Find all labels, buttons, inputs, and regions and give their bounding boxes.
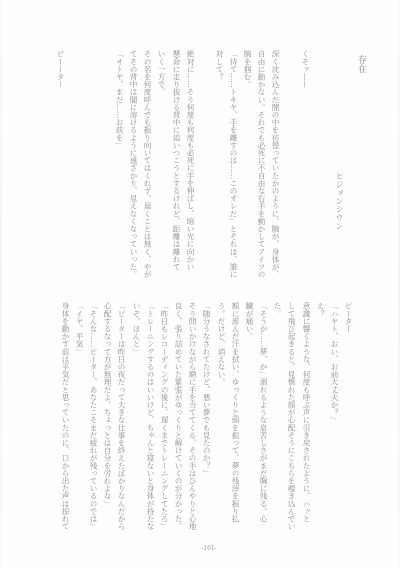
author-name: ヒジョンシウン xyxy=(334,172,344,230)
text-column: 「昨日もレコーディングの後に、遅くまでトレーニングしてたろ」 xyxy=(159,302,169,532)
text-column: 深く沈み込んだ闇の中を彷徨っていたかのように、腕が、身体が、 xyxy=(270,50,280,280)
text-column: ピーター xyxy=(343,302,353,532)
text-column: 「ピーターは昨日の夜だって大きな仕事を終えたばかりなんだから xyxy=(116,302,126,532)
text-column: 「そんな……ピーター、あなたこそまだ疲れが残っているのでは」 xyxy=(88,302,98,532)
text-column: 良く、張り詰めていた緊張がゆっくりと解けていくのが分かった。 xyxy=(173,302,183,532)
text-column: た。 xyxy=(272,302,282,532)
text-column: その名を何度呼んでも振り向いてはくれず、届くことは無く、やが xyxy=(142,50,152,280)
text-column: 「随分うなされてたけど、悪い夢でも見たのか？」 xyxy=(201,302,211,532)
text-column: そう問いかけながら額に手を当ててくる。その手はひんやりと心地 xyxy=(187,302,197,532)
text-column: 心配するなって方が無理だよ。ちょっとは自分を労れよな」 xyxy=(102,302,112,532)
text-column: 意識に響くような、何度も呼ぶ声に引き戻されたように、ハッと xyxy=(301,302,311,532)
text-column: して飛び起きると、見慣れた顔が心配そうにこちらを覗き込んでい xyxy=(286,302,296,532)
page-number: -161- xyxy=(196,545,222,553)
text-column: 懸命に走り抜ける背中に追いつこうとするけれど、距離は離れて xyxy=(171,50,181,280)
text-column: 「待て……トキヤ、手を離すのは……このオレだ」とそれは、誰に xyxy=(228,50,238,280)
text-column: 額に滲んだ汗を拭い、ゆっくりと頭を振って、夢の残滓を振り払 xyxy=(230,302,240,532)
text-column: くそッ—— xyxy=(300,50,310,280)
text-column: 臓が痛い。 xyxy=(244,302,254,532)
story-title: 存在 xyxy=(355,55,366,73)
text-column: 「オトヤ、まだ……お前を」 xyxy=(114,50,124,280)
text-column: いぞ、ほんと」 xyxy=(131,302,141,532)
text-column: 「イヤ、平気」 xyxy=(74,302,84,532)
text-column: う。だけど、消えない。 xyxy=(216,302,226,532)
text-column: いく一方で。 xyxy=(156,50,166,280)
scanned-novel-page: 存在 ヒジョンシウン くそッ—— 深く沈み込んだ闇の中を彷徨っていたかのように、… xyxy=(0,0,400,568)
text-column: 対して？ xyxy=(214,50,224,280)
text-column: え？ xyxy=(315,302,325,532)
text-column: 「トレーニングするのはいいけど、ちゃんと寝ないと身体が持たな xyxy=(145,302,155,532)
text-column: 自由に動かない。それでも必死に不自由な右手を動かしてアイツの xyxy=(256,50,266,280)
text-column: 絶対に……そう何度も何度も必死に手を伸ばし、暗い光に向かい xyxy=(185,50,195,280)
text-column: 「そうか……夢、か」溺れるような息苦しさがまだ胸に残る。心 xyxy=(258,302,268,532)
text-column: 腕を掴む。 xyxy=(242,50,252,280)
text-column: 「ハヤト、おい、お前大丈夫か？」 xyxy=(329,302,339,532)
text-column: ピーーター xyxy=(55,50,65,280)
text-column: 身体を動かす前は平気だと思っていたのに、口から出た声は掠れて xyxy=(60,302,70,532)
scan-edge-left xyxy=(0,0,2,568)
text-column: てその背中は闇に溶けるように遠ざかり、見えなくなっていった。 xyxy=(128,50,138,280)
